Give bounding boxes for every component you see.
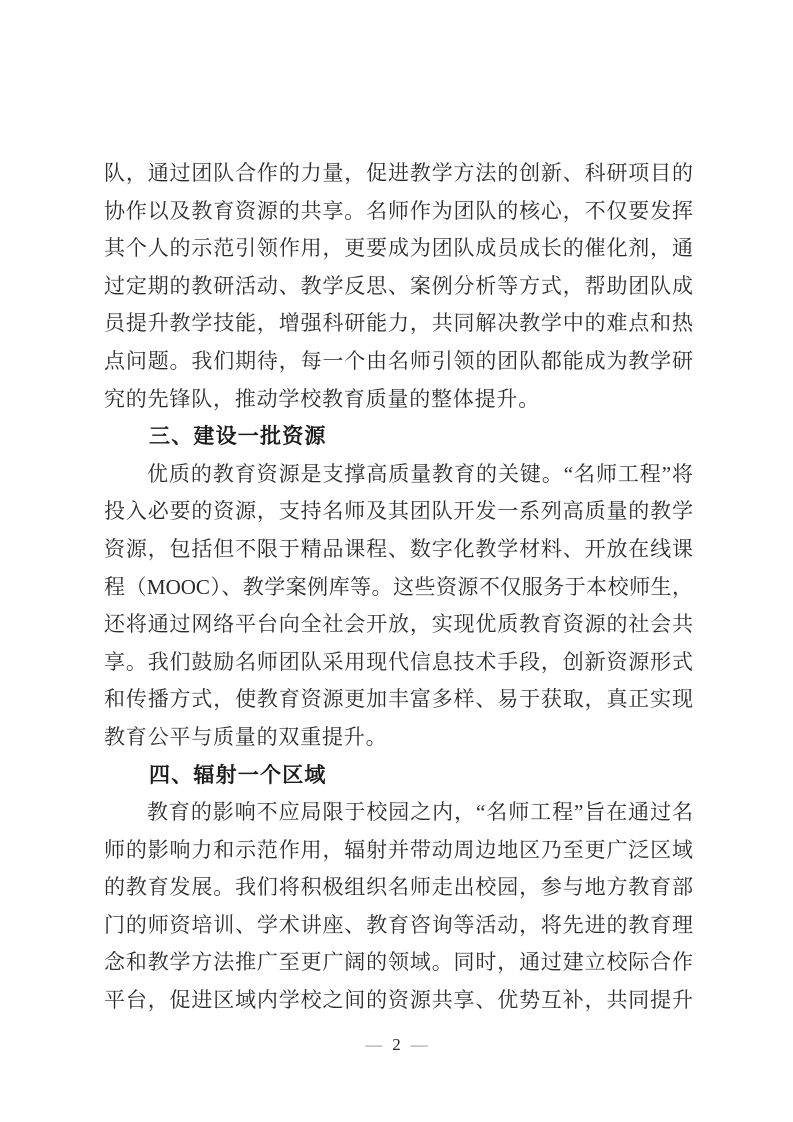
text-line: 其个人的示范引领作用，更要成为团队成员成长的催化剂，通 bbox=[104, 230, 693, 268]
footer-dash-left: — bbox=[355, 1035, 392, 1054]
page-footer: —2— bbox=[0, 1033, 793, 1057]
section-heading-3: 三、建设一批资源 bbox=[104, 418, 693, 456]
text-line: 点问题。我们期待，每一个由名师引领的团队都能成为教学研 bbox=[104, 343, 693, 381]
text-line: 教育公平与质量的双重提升。 bbox=[104, 719, 693, 757]
text-line: 平台，促进区域内学校之间的资源共享、优势互补，共同提升 bbox=[104, 982, 693, 1020]
footer-dash-right: — bbox=[401, 1035, 438, 1054]
text-line: 还将通过网络平台向全社会开放，实现优质教育资源的社会共 bbox=[104, 606, 693, 644]
text-line: 队，通过团队合作的力量，促进教学方法的创新、科研项目的 bbox=[104, 155, 693, 193]
text-line: 门的师资培训、学术讲座、教育咨询等活动，将先进的教育理 bbox=[104, 907, 693, 945]
page-body: 队，通过团队合作的力量，促进教学方法的创新、科研项目的 协作以及教育资源的共享。… bbox=[104, 155, 693, 1020]
page-number: 2 bbox=[392, 1035, 401, 1054]
text-line: 享。我们鼓励名师团队采用现代信息技术手段，创新资源形式 bbox=[104, 644, 693, 682]
document-page: 队，通过团队合作的力量，促进教学方法的创新、科研项目的 协作以及教育资源的共享。… bbox=[0, 0, 793, 1122]
text-line: 优质的教育资源是支撑高质量教育的关键。“名师工程”将 bbox=[104, 456, 693, 494]
text-line: 教育的影响不应局限于校园之内，“名师工程”旨在通过名 bbox=[104, 794, 693, 832]
text-line: 程（MOOC）、教学案例库等。这些资源不仅服务于本校师生， bbox=[104, 569, 693, 607]
text-line: 投入必要的资源，支持名师及其团队开发一系列高质量的教学 bbox=[104, 493, 693, 531]
text-line: 师的影响力和示范作用，辐射并带动周边地区乃至更广泛区域 bbox=[104, 832, 693, 870]
text-line: 念和教学方法推广至更广阔的领域。同时，通过建立校际合作 bbox=[104, 944, 693, 982]
text-line: 和传播方式，使教育资源更加丰富多样、易于获取，真正实现 bbox=[104, 681, 693, 719]
text-line: 过定期的教研活动、教学反思、案例分析等方式，帮助团队成 bbox=[104, 268, 693, 306]
text-line: 究的先锋队，推动学校教育质量的整体提升。 bbox=[104, 381, 693, 419]
text-line: 的教育发展。我们将积极组织名师走出校园，参与地方教育部 bbox=[104, 869, 693, 907]
section-heading-4: 四、辐射一个区域 bbox=[104, 757, 693, 795]
text-line: 员提升教学技能，增强科研能力，共同解决教学中的难点和热 bbox=[104, 305, 693, 343]
text-line: 协作以及教育资源的共享。名师作为团队的核心，不仅要发挥 bbox=[104, 193, 693, 231]
text-line: 资源，包括但不限于精品课程、数字化教学材料、开放在线课 bbox=[104, 531, 693, 569]
